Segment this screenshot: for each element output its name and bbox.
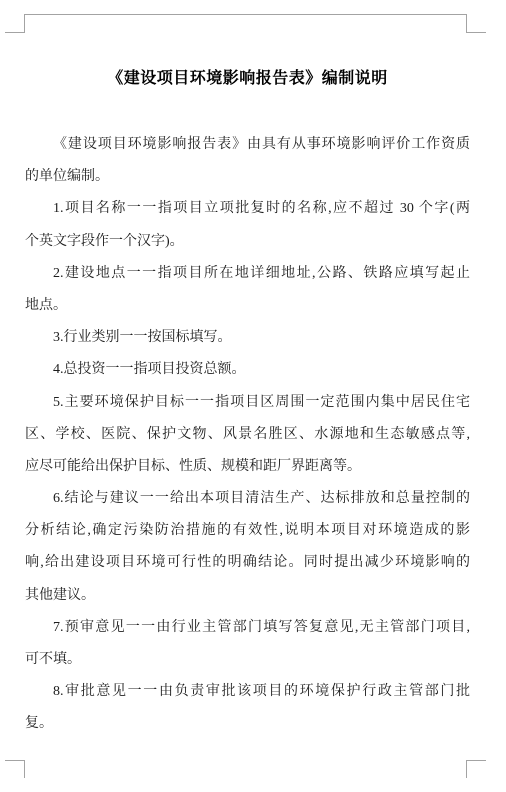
- margin-mark-bottom-left-vert: [24, 760, 25, 778]
- margin-mark-bottom-right-vert: [466, 760, 467, 778]
- page-border-top-right-foot: [466, 32, 486, 33]
- margin-mark-bottom-left-horiz: [5, 760, 25, 761]
- page-border-top-left-step: [24, 14, 25, 33]
- text-line: 地点。: [25, 290, 470, 322]
- text-line: 应尽可能给出保护目标、性质、规模和距厂界距离等。: [25, 451, 470, 483]
- page-title: 《建设项目环境影响报告表》编制说明: [25, 67, 470, 90]
- text-line: 1.项目名称一一指项目立项批复时的名称,应不超过 30 个字(两: [25, 193, 470, 225]
- text-line: 2.建设地点一一指项目所在地详细地址,公路、铁路应填写起止: [25, 258, 470, 290]
- text-line: 分析结论,确定污染防治措施的有效性,说明本项目对环境造成的影: [25, 515, 470, 547]
- text-line: 复。: [25, 708, 470, 740]
- text-line: 4.总投资一一指项目投资总额。: [25, 354, 470, 386]
- page-border-top-right-step: [466, 14, 467, 33]
- margin-mark-bottom-right-horiz: [466, 760, 486, 761]
- text-line: 个英文字段作一个汉字)。: [25, 226, 470, 258]
- text-line: 8.审批意见一一由负责审批该项目的环境保护行政主管部门批: [25, 676, 470, 708]
- text-line: 可不填。: [25, 644, 470, 676]
- page-border-top-left-foot: [5, 32, 25, 33]
- text-line: 6.结论与建议一一给出本项目清洁生产、达标排放和总量控制的: [25, 483, 470, 515]
- text-line: 响,给出建设项目环境可行性的明确结论。同时提出减少环境影响的: [25, 547, 470, 579]
- text-line: 其他建议。: [25, 580, 470, 612]
- text-line: 的单位编制。: [25, 161, 470, 193]
- text-line: 7.预审意见一一由行业主管部门填写答复意见,无主管部门项目,: [25, 612, 470, 644]
- document-page: 《建设项目环境影响报告表》编制说明 《建设项目环境影响报告表》由具有从事环境影响…: [0, 0, 506, 792]
- text-line: 《建设项目环境影响报告表》由具有从事环境影响评价工作资质: [25, 129, 470, 161]
- text-line: 区、学校、医院、保护文物、风景名胜区、水源地和生态敏感点等,: [25, 419, 470, 451]
- page-border-top-line: [24, 14, 467, 15]
- text-line: 3.行业类别一一按国标填写。: [25, 322, 470, 354]
- text-line: 5.主要环境保护目标一一指项目区周围一定范围内集中居民住宅: [25, 387, 470, 419]
- document-body: 《建设项目环境影响报告表》由具有从事环境影响评价工作资质的单位编制。1.项目名称…: [25, 129, 470, 741]
